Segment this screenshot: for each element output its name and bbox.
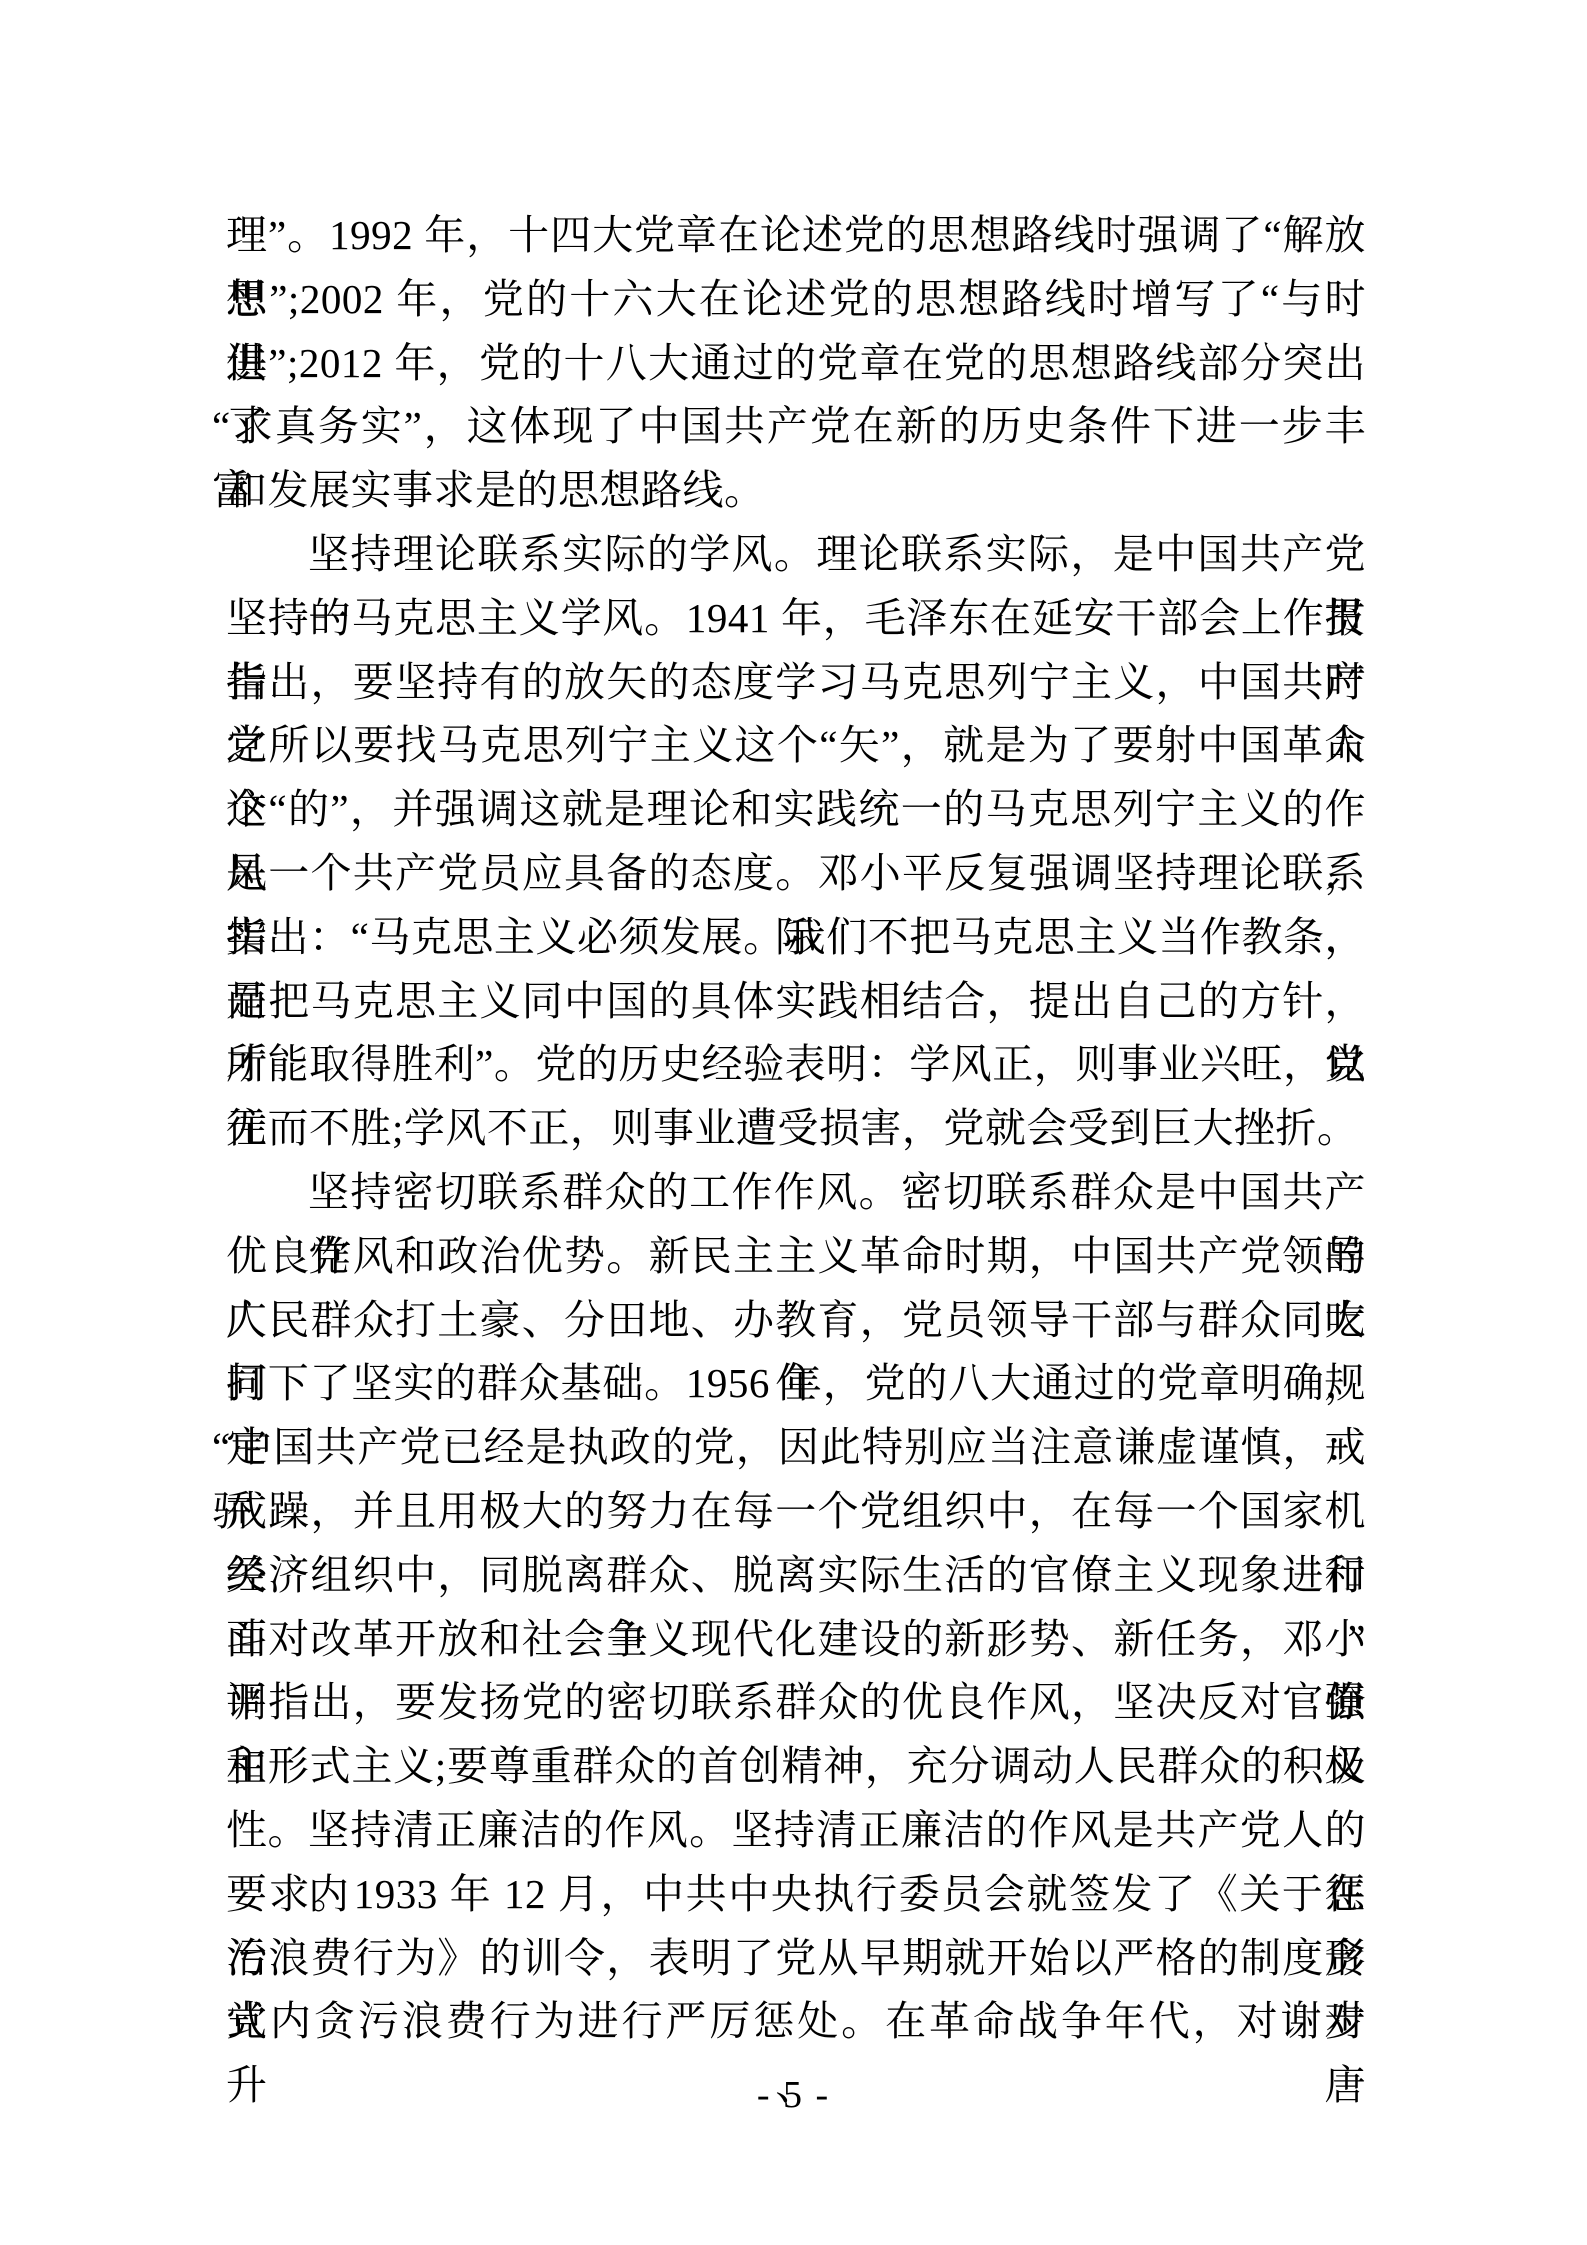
page-number: - 5 -	[0, 2072, 1587, 2118]
text-line: 想”;2002 年，党的十六大在论述党的思想路线时增写了“与时俱	[226, 268, 1366, 332]
text-line: 打下了坚实的群众基础。1956 年，党的八大通过的党章明确规定：	[226, 1352, 1366, 1416]
text-line: 和发展实事求是的思想路线。	[226, 459, 1366, 523]
text-line: 坚持理论联系实际的学风。理论联系实际，是中国共产党一贯	[226, 523, 1366, 587]
text-line: 之所以要找马克思列宁主义这个“矢”，就是为了要射中国革命这	[226, 714, 1366, 778]
text-line: 指出，要坚持有的放矢的态度学习马克思列宁主义，中国共产党人	[226, 651, 1366, 715]
text-line: 往而不胜;学风不正，则事业遭受损害，党就会受到巨大挫折。	[226, 1097, 1366, 1161]
text-line: “中国共产党已经是执政的党，因此特别应当注意谦虚谨慎，戒骄	[212, 1416, 1366, 1480]
text-line: 污浪费行为》的训令，表明了党从早期就开始以严格的制度形式对	[226, 1927, 1366, 1991]
text-line: 是把马克思主义同中国的具体实践相结合，提出自己的方针，所以	[226, 970, 1366, 1034]
text-line: 进”;2012 年，党的十八大通过的党章在党的思想路线部分突出了	[226, 332, 1366, 396]
text-line: 个“的”，并强调这就是理论和实践统一的马克思列宁主义的作风，	[226, 778, 1366, 842]
text-line: 坚持清正廉洁的作风。坚持清正廉洁的作风是共产党人的内在	[226, 1799, 1366, 1863]
text-line: 是一个共产党员应具备的态度。邓小平反复强调坚持理论联系实际，	[226, 842, 1366, 906]
text-line: 经济组织中，同脱离群众、脱离实际生活的官僚主义现象进行斗争。”	[226, 1544, 1366, 1608]
text-line: 优良作风和政治优势。新民主主义革命时期，中国共产党领导广大	[226, 1225, 1366, 1289]
text-line: 戒躁，并且用极大的努力在每一个党组织中，在每一个国家机关和	[226, 1480, 1366, 1544]
text-line: 要求。1933 年 12 月，中共中央执行委员会就签发了《关于惩治贪	[226, 1863, 1366, 1927]
text-line: 面对改革开放和社会主义现代化建设的新形势、新任务，邓小平强	[226, 1608, 1366, 1672]
text-line: 和形式主义;要尊重群众的首创精神，充分调动人民群众的积极性。	[226, 1735, 1366, 1799]
document-page: 理”。1992 年，十四大党章在论述党的思想路线时强调了“解放思想”;2002 …	[0, 0, 1587, 2245]
text-line: 坚持的马克思主义学风。1941 年，毛泽东在延安干部会上作报告时	[226, 587, 1366, 651]
text-line: 才能取得胜利”。党的历史经验表明：学风正，则事业兴旺，党无	[226, 1033, 1366, 1097]
text-line: 党内贪污浪费行为进行严厉惩处。在革命战争年代，对谢步升、唐	[226, 1990, 1366, 2054]
text-column: 理”。1992 年，十四大党章在论述党的思想路线时强调了“解放思想”;2002 …	[226, 204, 1366, 2054]
text-line: 指出：“马克思主义必须发展。我们不把马克思主义当作教条，而	[226, 906, 1366, 970]
text-line: “求真务实”，这体现了中国共产党在新的历史条件下进一步丰富	[212, 395, 1366, 459]
text-line: 坚持密切联系群众的工作作风。密切联系群众是中国共产党的	[226, 1161, 1366, 1225]
text-line: 调指出，要发扬党的密切联系群众的优良作风，坚决反对官僚主义	[226, 1671, 1366, 1735]
text-line: 理”。1992 年，十四大党章在论述党的思想路线时强调了“解放思	[226, 204, 1366, 268]
text-line: 人民群众打土豪、分田地、办教育，党员领导干部与群众同吃同住，	[226, 1289, 1366, 1353]
